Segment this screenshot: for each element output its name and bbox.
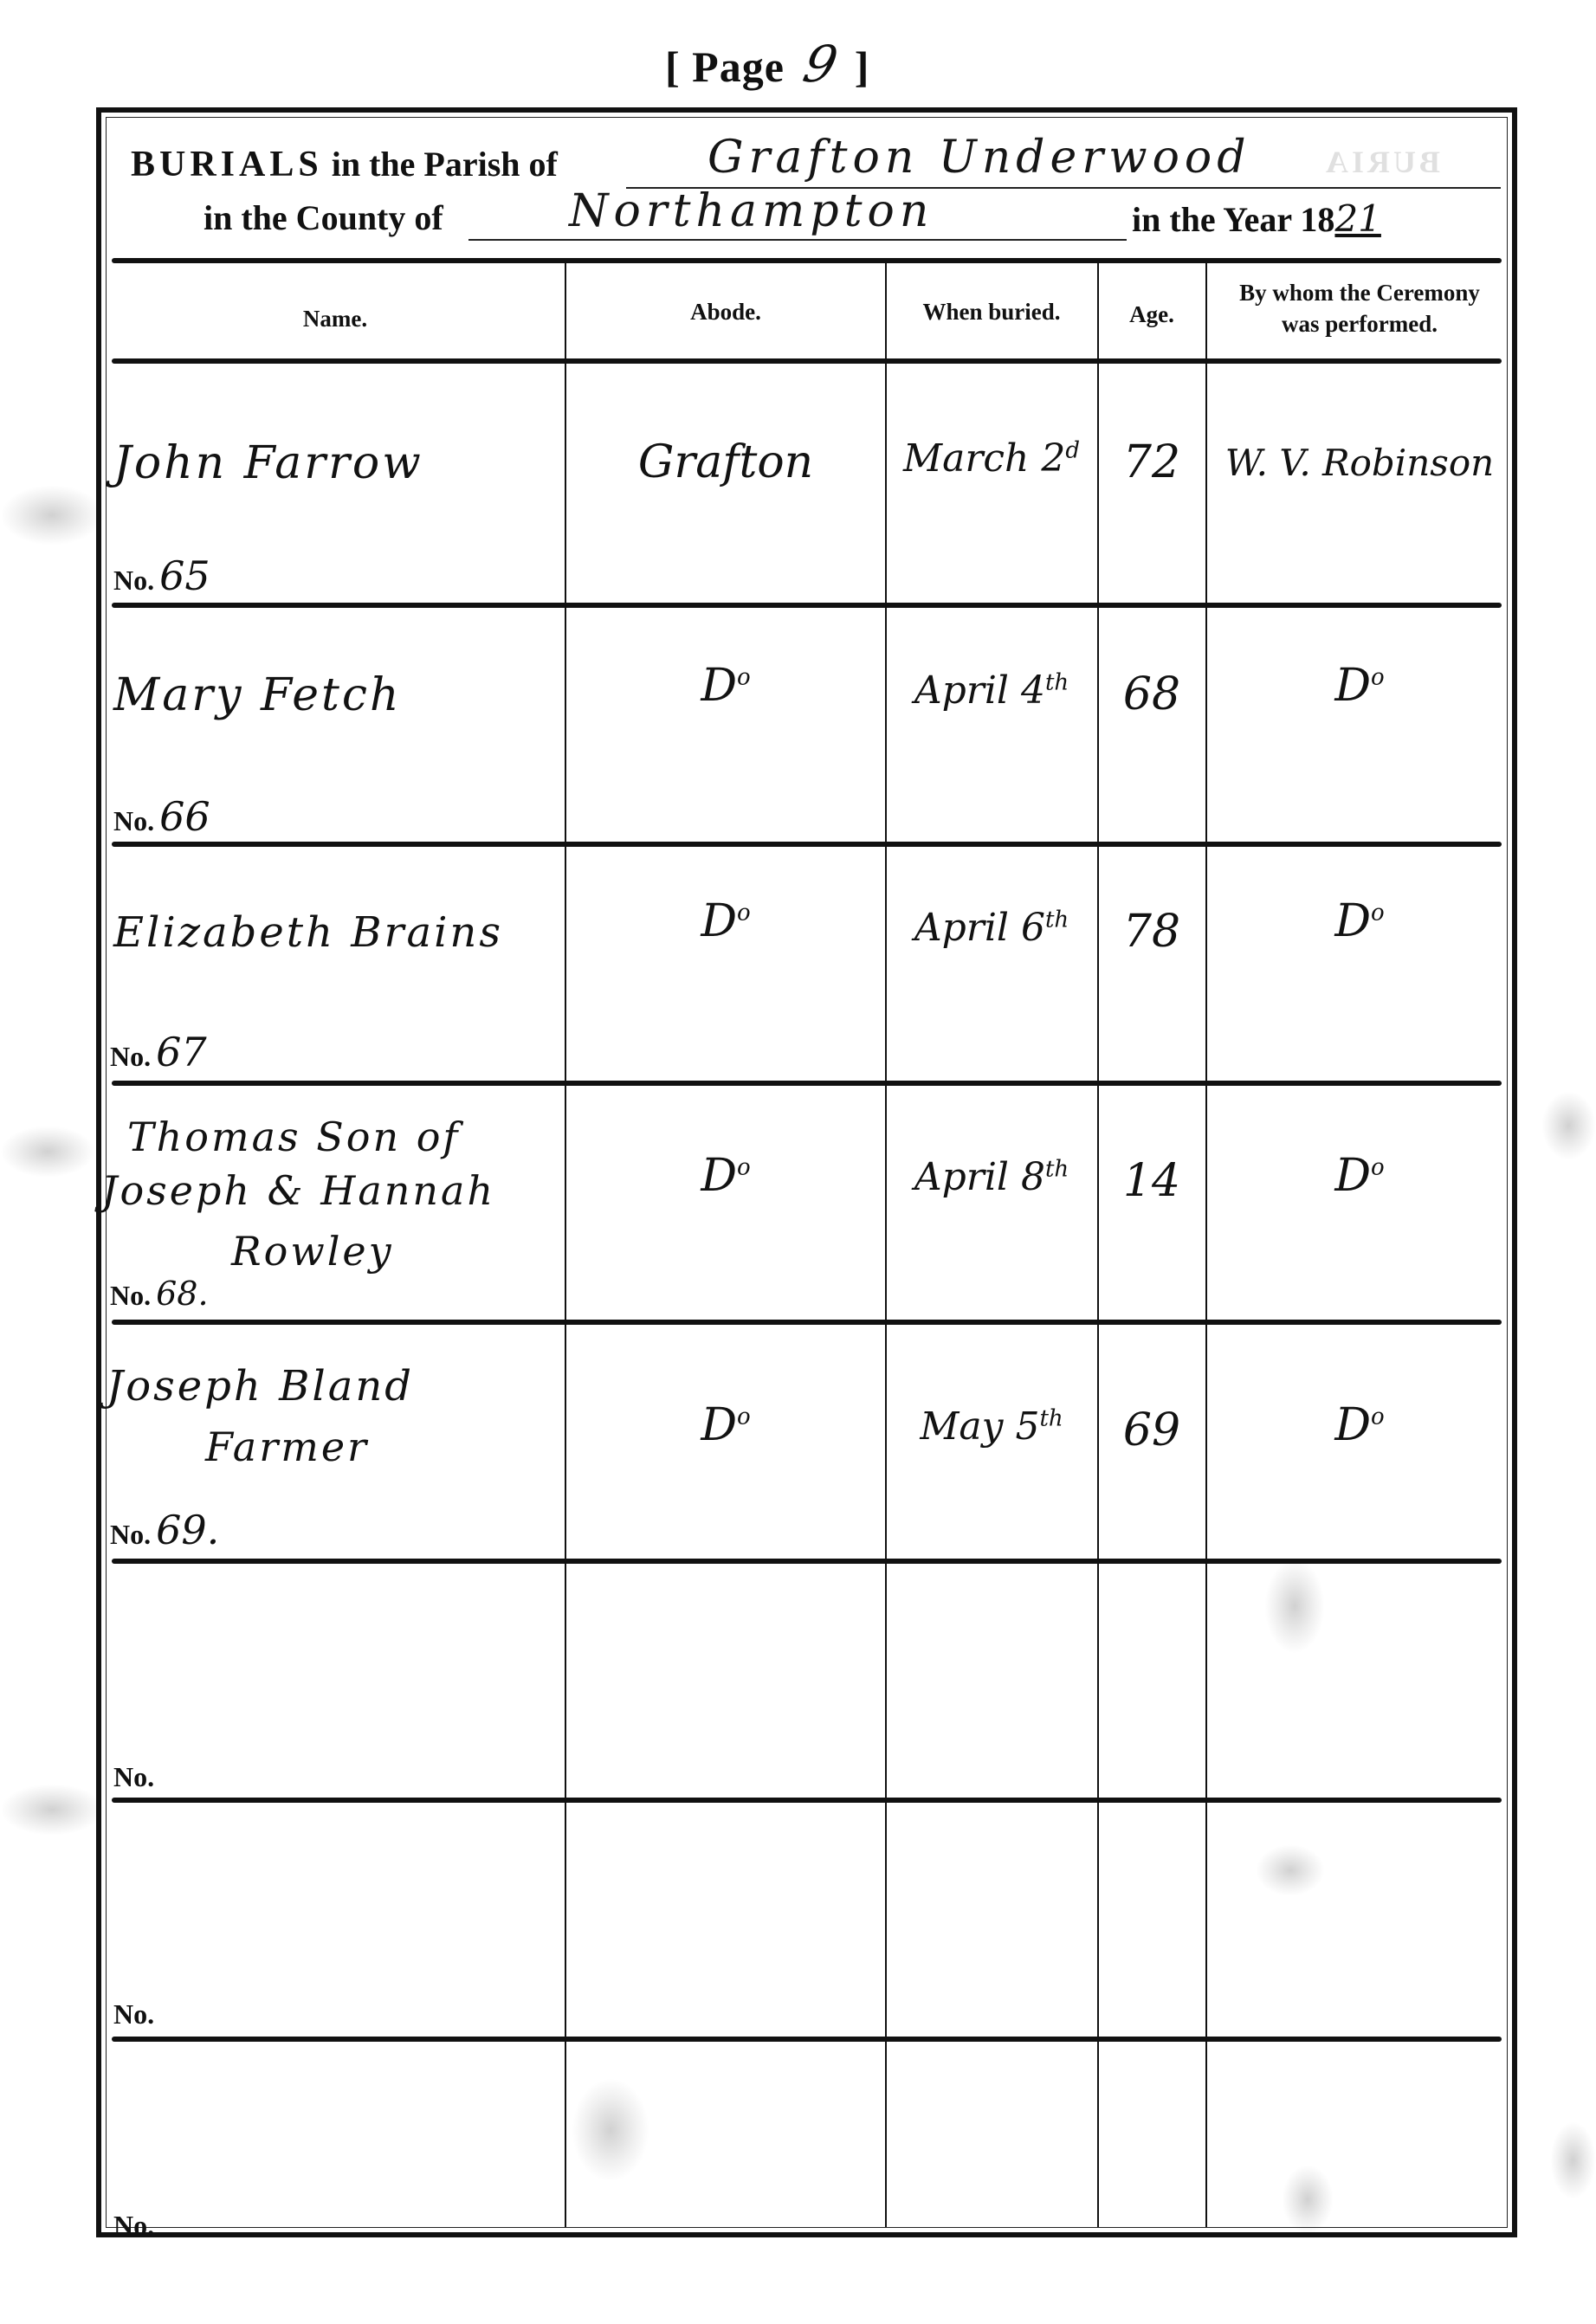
table-row: Thomas Son of Joseph & Hannah Rowley Do … — [101, 1086, 1512, 1320]
entry-number-value: 66 — [159, 793, 210, 840]
table-row-empty: No. — [101, 1564, 1512, 1798]
scan-smudge — [0, 1784, 104, 1836]
entry-when-buried: March 2d — [888, 436, 1095, 481]
burial-register-form: BURIA BURIALS in the Parish of Grafton U… — [96, 107, 1517, 2237]
parish-prefix: in the Parish of — [332, 145, 558, 184]
column-header-officiant: By whom the Ceremony was performed. — [1208, 277, 1511, 339]
entry-officiant: W. V. Robinson — [1208, 442, 1511, 484]
ditto-suffix: o — [1371, 901, 1385, 926]
date-text: April 8 — [914, 1155, 1045, 1199]
no-prefix: No. — [110, 1280, 151, 1311]
table-row: Elizabeth Brains Do April 6th 78 Do No.6… — [101, 847, 1512, 1081]
entry-number-value: 67 — [156, 1029, 207, 1075]
entry-officiant: Do — [1208, 895, 1511, 947]
entry-number: No. — [113, 1986, 159, 2033]
no-prefix: No. — [113, 1998, 154, 2030]
column-header-age: Age. — [1100, 299, 1204, 330]
no-prefix: No. — [110, 1519, 151, 1550]
ditto-suffix: o — [737, 1404, 751, 1430]
entry-name-line1: Joseph Bland — [107, 1359, 414, 1413]
ditto-mark: D — [701, 895, 737, 947]
ditto-mark: D — [701, 1399, 737, 1451]
burials-title: BURIALS — [131, 145, 323, 184]
form-header: BURIA BURIALS in the Parish of Grafton U… — [101, 113, 1512, 260]
entry-number: No.68. — [110, 1275, 209, 1313]
column-header-abode: Abode. — [569, 296, 882, 327]
county-line: in the County of — [204, 197, 443, 238]
table-row: Joseph Bland Farmer Do May 5th 69 Do No.… — [101, 1325, 1512, 1559]
entry-number: No.66 — [113, 793, 210, 840]
ditto-mark: D — [701, 660, 737, 712]
scan-smudge — [1541, 1091, 1596, 1160]
page-label: Page — [692, 42, 785, 91]
table-row-empty: No. — [101, 2042, 1512, 2232]
year-prefix: in the Year 18 — [1132, 200, 1334, 239]
ditto-mark: D — [701, 1150, 737, 1202]
entry-when-buried: May 5th — [888, 1404, 1095, 1449]
bleedthrough-text: BURIA — [1322, 144, 1440, 180]
year-suffix: 21 — [1334, 197, 1380, 240]
date-suffix: d — [1065, 437, 1080, 463]
ditto-suffix: o — [1371, 665, 1385, 691]
scan-smudge — [1550, 2121, 1596, 2199]
officiant-header-line2: was performed. — [1208, 308, 1511, 339]
entry-abode: Do — [569, 895, 882, 947]
entry-age: 69 — [1100, 1404, 1204, 1456]
page-number-value: 9 — [798, 35, 843, 94]
entry-name: Mary Fetch — [113, 668, 402, 722]
entry-number: No.65 — [113, 552, 210, 599]
no-prefix: No. — [113, 2210, 154, 2241]
entry-age: 72 — [1100, 436, 1204, 488]
ditto-mark: D — [1334, 1399, 1371, 1451]
entry-name: John Farrow — [113, 436, 423, 490]
entry-name-line2: Farmer — [205, 1420, 369, 1474]
entry-number: No. — [113, 2198, 159, 2244]
entry-number: No. — [113, 1749, 159, 1796]
officiant-header-line1: By whom the Ceremony — [1208, 277, 1511, 308]
date-text: April 6 — [914, 906, 1045, 950]
entry-name-line2: Joseph & Hannah — [101, 1164, 495, 1217]
county-underline — [468, 239, 1127, 241]
date-text: March 2 — [903, 436, 1065, 481]
entry-number-value: 68. — [156, 1275, 208, 1313]
entry-when-buried: April 4th — [888, 668, 1095, 713]
entry-when-buried: April 6th — [888, 906, 1095, 950]
header-rule — [112, 258, 1502, 263]
no-prefix: No. — [110, 1041, 151, 1072]
entry-number-value: 65 — [159, 552, 210, 599]
ditto-suffix: o — [1371, 1155, 1385, 1181]
ditto-suffix: o — [737, 1155, 751, 1181]
entry-age: 78 — [1100, 906, 1204, 958]
date-suffix: th — [1045, 1156, 1069, 1182]
county-prefix: in the County of — [204, 198, 443, 237]
ditto-mark: D — [1334, 660, 1371, 712]
entry-officiant: Do — [1208, 660, 1511, 712]
column-header-name: Name. — [110, 303, 560, 334]
date-suffix: th — [1039, 1405, 1063, 1431]
county-value: Northampton — [569, 185, 934, 237]
no-prefix: No. — [113, 565, 154, 596]
entry-name-line3: Rowley — [231, 1224, 394, 1278]
page-number-label: [ Page 9 ] — [665, 35, 869, 94]
date-suffix: th — [1045, 669, 1069, 695]
ditto-mark: D — [1334, 1150, 1371, 1202]
ditto-suffix: o — [737, 901, 751, 926]
entry-name: Elizabeth Brains — [113, 906, 503, 959]
entry-number: No.67 — [110, 1029, 207, 1075]
table-row: John Farrow Grafton March 2d 72 W. V. Ro… — [101, 364, 1512, 603]
entry-name-line1: Thomas Son of — [127, 1110, 460, 1164]
close-bracket: ] — [855, 42, 870, 91]
entry-abode: Do — [569, 1150, 882, 1202]
entry-number: No.69. — [110, 1507, 219, 1553]
entry-abode: Grafton — [569, 436, 882, 488]
ditto-mark: D — [1334, 895, 1371, 947]
date-text: April 4 — [914, 668, 1045, 713]
ditto-suffix: o — [1371, 1404, 1385, 1430]
ditto-suffix: o — [737, 665, 751, 691]
entry-number-value: 69. — [156, 1507, 219, 1553]
date-suffix: th — [1045, 907, 1069, 933]
table-row-empty: No. — [101, 1803, 1512, 2037]
year-line: in the Year 1821 — [1132, 197, 1381, 240]
entry-officiant: Do — [1208, 1399, 1511, 1451]
entry-abode: Do — [569, 660, 882, 712]
no-prefix: No. — [113, 805, 154, 836]
date-text: May 5 — [920, 1404, 1039, 1449]
scan-smudge — [0, 485, 104, 545]
entry-abode: Do — [569, 1399, 882, 1451]
column-header-when-buried: When buried. — [888, 296, 1095, 327]
entry-when-buried: April 8th — [888, 1155, 1095, 1199]
table-row: Mary Fetch Do April 4th 68 Do No.66 — [101, 608, 1512, 842]
open-bracket: [ — [665, 42, 681, 91]
entry-officiant: Do — [1208, 1150, 1511, 1202]
no-prefix: No. — [113, 1761, 154, 1792]
entry-age: 68 — [1100, 668, 1204, 720]
parish-value: Grafton Underwood — [708, 132, 1251, 184]
burials-heading: BURIALS in the Parish of — [131, 144, 558, 185]
entry-age: 14 — [1100, 1155, 1204, 1207]
scan-smudge — [0, 1126, 95, 1178]
